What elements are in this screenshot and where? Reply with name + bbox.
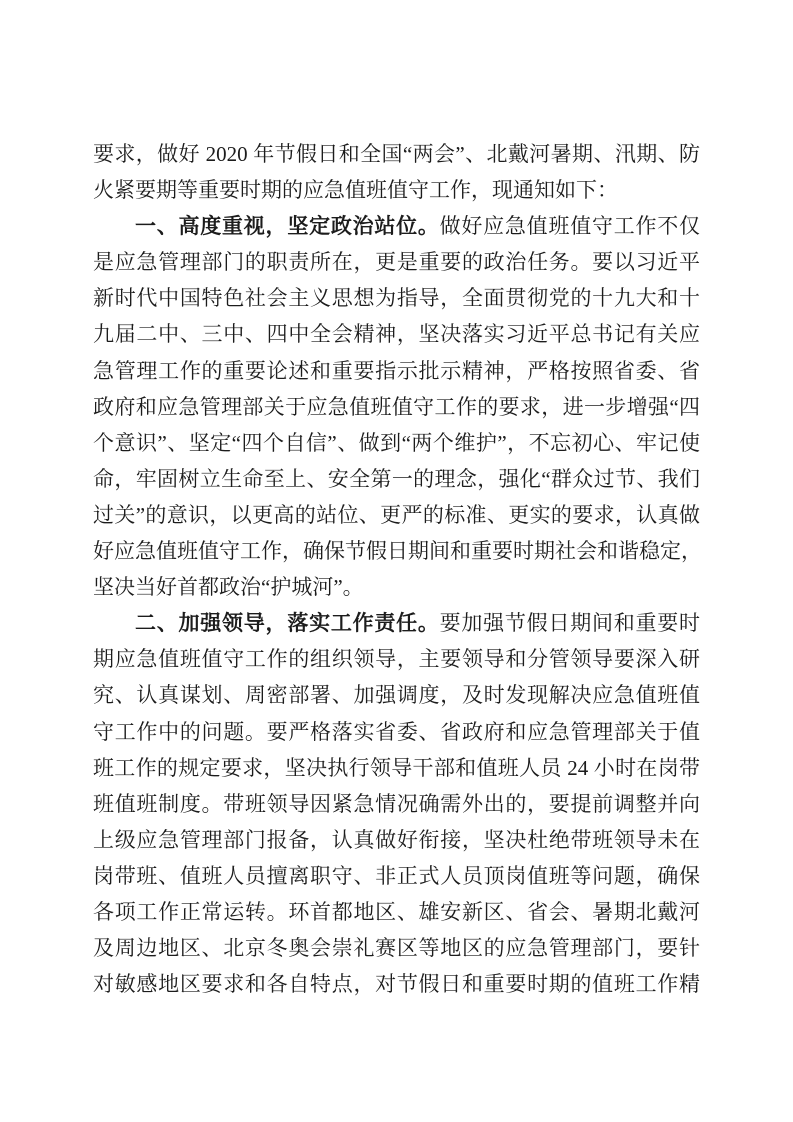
text-run: 及周边地区、北京冬奥会崇礼赛区等地区的应急管理部门，要针 <box>93 936 700 960</box>
text-run: 究、认真谋划、周密部署、加强调度，及时发现解决应急值班值 <box>93 683 700 707</box>
text-run: 新时代中国特色社会主义思想为指导，全面贯彻党的十九大和十 <box>93 286 700 310</box>
text-line: 急管理工作的重要论述和重要指示批示精神，严格按照省委、省 <box>93 353 700 389</box>
text-line: 各项工作正常运转。环首都地区、雄安新区、省会、暑期北戴河 <box>93 894 700 930</box>
intro-paragraph: 要求，做好 2020 年节假日和全国“两会”、北戴河暑期、汛期、防火紧要期等重要… <box>93 136 700 208</box>
text-run: 命，牢固树立生命至上、安全第一的理念，强化“群众过节、我们 <box>93 467 700 491</box>
text-run: 个意识”、坚定“四个自信”、做到“两个维护”，不忘初心、牢记使 <box>93 431 700 455</box>
text-line: 岗带班、值班人员擅离职守、非正式人员顶岗值班等问题，确保 <box>93 858 700 894</box>
text-run: 对敏感地区要求和各自特点，对节假日和重要时期的值班工作精 <box>93 972 700 996</box>
text-line: 九届二中、三中、四中全会精神，坚决落实习近平总书记有关应 <box>93 316 700 352</box>
text-run: 政府和应急管理部关于应急值班值守工作的要求，进一步增强“四 <box>93 395 700 419</box>
text-run: 班值班制度。带班领导因紧急情况确需外出的，要提前调整并向 <box>93 792 700 816</box>
text-line: 是应急管理部门的职责所在，更是重要的政治任务。要以习近平 <box>93 244 700 280</box>
text-line: 守工作中的问题。要严格落实省委、省政府和应急管理部关于值 <box>93 714 700 750</box>
text-run: 做好应急值班值守工作不仅 <box>440 214 700 238</box>
text-line: 要求，做好 2020 年节假日和全国“两会”、北戴河暑期、汛期、防 <box>93 136 700 172</box>
text-run: 九届二中、三中、四中全会精神，坚决落实习近平总书记有关应 <box>93 322 700 346</box>
text-run: 岗带班、值班人员擅离职守、非正式人员顶岗值班等问题，确保 <box>93 864 700 888</box>
document-body: 要求，做好 2020 年节假日和全国“两会”、北戴河暑期、汛期、防火紧要期等重要… <box>93 136 700 1002</box>
text-line: 新时代中国特色社会主义思想为指导，全面贯彻党的十九大和十 <box>93 280 700 316</box>
text-run: 要求，做好 2020 年节假日和全国“两会”、北戴河暑期、汛期、防 <box>93 142 700 166</box>
text-run: 过关”的意识，以更高的站位、更严的标准、更实的要求，认真做 <box>93 503 700 527</box>
text-line: 过关”的意识，以更高的站位、更严的标准、更实的要求，认真做 <box>93 497 700 533</box>
text-line: 二、加强领导，落实工作责任。要加强节假日期间和重要时 <box>93 605 700 641</box>
document-page: 要求，做好 2020 年节假日和全国“两会”、北戴河暑期、汛期、防火紧要期等重要… <box>0 0 793 1122</box>
section-2-paragraph: 二、加强领导，落实工作责任。要加强节假日期间和重要时期应急值班值守工作的组织领导… <box>93 605 700 1002</box>
text-line: 好应急值班值守工作，确保节假日期间和重要时期社会和谐稳定， <box>93 533 700 569</box>
text-line: 火紧要期等重要时期的应急值班值守工作，现通知如下： <box>93 172 700 208</box>
text-run: 班工作的规定要求，坚决执行领导干部和值班人员 24 小时在岗带 <box>93 756 700 780</box>
text-line: 班工作的规定要求，坚决执行领导干部和值班人员 24 小时在岗带 <box>93 750 700 786</box>
text-run: 要加强节假日期间和重要时 <box>440 611 700 635</box>
text-line: 一、高度重视，坚定政治站位。做好应急值班值守工作不仅 <box>93 208 700 244</box>
text-run: 期应急值班值守工作的组织领导，主要领导和分管领导要深入研 <box>93 647 700 671</box>
text-line: 政府和应急管理部关于应急值班值守工作的要求，进一步增强“四 <box>93 389 700 425</box>
text-line: 对敏感地区要求和各自特点，对节假日和重要时期的值班工作精 <box>93 966 700 1002</box>
section-1-paragraph: 一、高度重视，坚定政治站位。做好应急值班值守工作不仅是应急管理部门的职责所在，更… <box>93 208 700 605</box>
text-line: 期应急值班值守工作的组织领导，主要领导和分管领导要深入研 <box>93 641 700 677</box>
text-line: 班值班制度。带班领导因紧急情况确需外出的，要提前调整并向 <box>93 786 700 822</box>
text-run: 上级应急管理部门报备，认真做好衔接，坚决杜绝带班领导未在 <box>93 828 700 852</box>
section-heading-run: 一、高度重视，坚定政治站位。 <box>135 215 440 238</box>
text-line: 及周边地区、北京冬奥会崇礼赛区等地区的应急管理部门，要针 <box>93 930 700 966</box>
text-line: 上级应急管理部门报备，认真做好衔接，坚决杜绝带班领导未在 <box>93 822 700 858</box>
text-run: 守工作中的问题。要严格落实省委、省政府和应急管理部关于值 <box>93 720 700 744</box>
text-run: 是应急管理部门的职责所在，更是重要的政治任务。要以习近平 <box>93 250 700 274</box>
text-line: 命，牢固树立生命至上、安全第一的理念，强化“群众过节、我们 <box>93 461 700 497</box>
text-line: 个意识”、坚定“四个自信”、做到“两个维护”，不忘初心、牢记使 <box>93 425 700 461</box>
text-line: 坚决当好首都政治“护城河”。 <box>93 569 700 605</box>
text-run: 火紧要期等重要时期的应急值班值守工作，现通知如下： <box>93 178 618 202</box>
text-run: 急管理工作的重要论述和重要指示批示精神，严格按照省委、省 <box>93 359 700 383</box>
section-heading-run: 二、加强领导，落实工作责任。 <box>135 612 440 635</box>
text-run: 好应急值班值守工作，确保节假日期间和重要时期社会和谐稳定， <box>93 539 702 563</box>
text-line: 究、认真谋划、周密部署、加强调度，及时发现解决应急值班值 <box>93 677 700 713</box>
text-run: 各项工作正常运转。环首都地区、雄安新区、省会、暑期北戴河 <box>93 900 700 924</box>
text-run: 坚决当好首都政治“护城河”。 <box>93 575 364 599</box>
